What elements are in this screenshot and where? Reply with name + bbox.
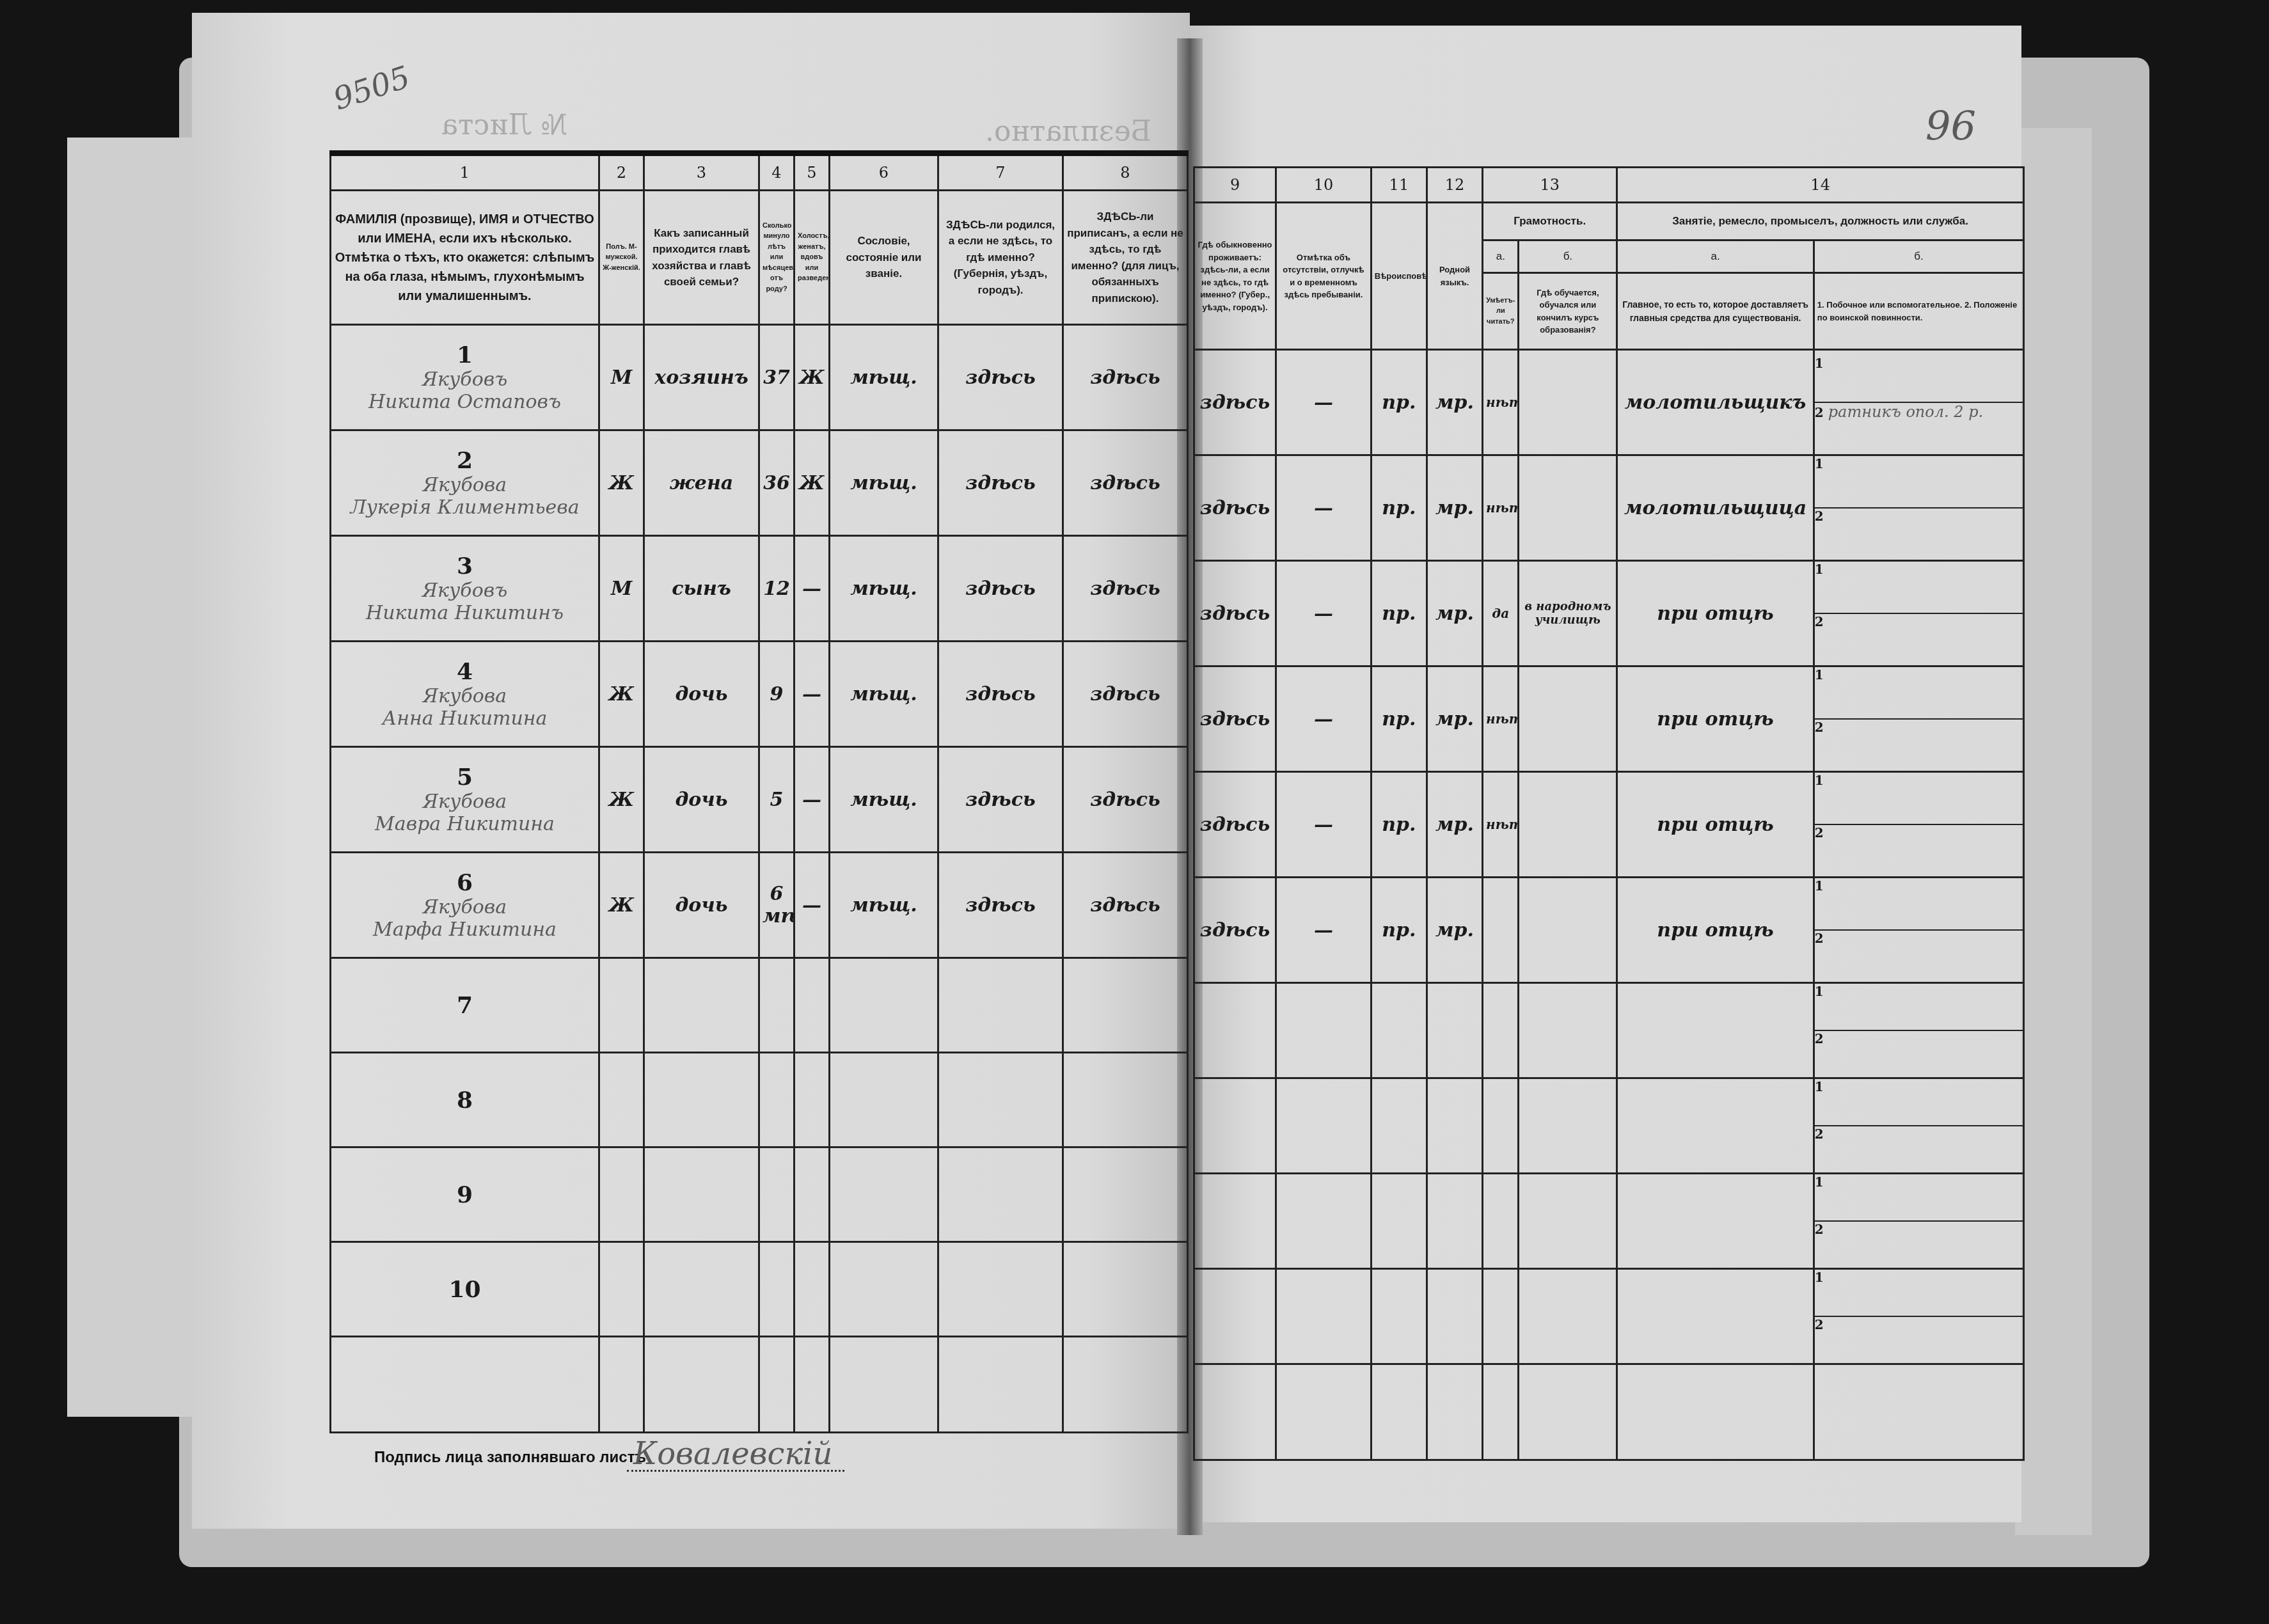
can-read: нѣтъ [1483,772,1519,878]
surname: Якубовъ [334,368,596,391]
table-row: 2ЯкубоваЛукерія Климентьева Ж жена 36 Ж … [331,430,1188,536]
estate: мѣщ. [830,536,938,642]
signature-label: Подпись лица заполнявшаго листъ [374,1449,646,1467]
relation: хозяинъ [644,325,759,430]
table-row-blank [1194,1364,2024,1460]
col-num: 7 [938,154,1063,191]
estate: мѣщ. [830,325,938,430]
registered: здѣсь [1063,430,1188,536]
col-num: 13 [1483,168,1617,203]
education: в народномъ училищѣ [1519,561,1617,666]
row-number: 9 [331,1147,599,1242]
absence: — [1276,666,1372,772]
religion: пр. [1371,561,1427,666]
given-name: Марфа Никитина [334,918,596,941]
col-title-marital: Холостъ, женатъ, вдовъ или разведенъ. [795,191,830,325]
surname: Якубова [334,791,596,813]
residence: здѣсь [1194,772,1276,878]
left-page-edge [67,138,195,1417]
language: мр. [1427,772,1482,878]
age: 36 [759,430,795,536]
table-row-empty: 12 [1194,1174,2024,1269]
table-row-empty: 12 [1194,1078,2024,1174]
born: здѣсь [938,325,1063,430]
can-read: нѣтъ [1483,350,1519,455]
side-occupation-cell: 12 [1814,455,2023,561]
main-occupation: молотильщикъ [1617,350,1814,455]
person-cell: 2ЯкубоваЛукерія Климентьева [331,430,599,536]
sex: Ж [599,642,644,747]
col-title-sex: Полъ. М-мужской. Ж-женскій. [599,191,644,325]
table-row: 4ЯкубоваАнна Никитина Ж дочь 9 — мѣщ. зд… [331,642,1188,747]
col-num: 5 [795,154,830,191]
table-row: здѣсь — пр. мр. нѣтъ молотильщикъ 1 2 ра… [1194,350,2024,455]
side-occupation-cell: 12 [1814,878,2023,983]
sheet-number-label-faint: № Листа [441,109,567,141]
row-number: 8 [331,1053,599,1147]
col-title-occupation: Занятіе, ремесло, промыселъ, должность и… [1617,203,2024,240]
sex: Ж [599,747,644,853]
table-row-empty: 7 [331,958,1188,1053]
col-num: 2 [599,154,644,191]
can-read [1483,878,1519,983]
main-occupation: при отцѣ [1617,561,1814,666]
registered: здѣсь [1063,325,1188,430]
column-title-row: ФАМИЛІЯ (прозвище), ИМЯ и ОТЧЕСТВО или И… [331,191,1188,325]
age: 37 [759,325,795,430]
person-cell: 4ЯкубоваАнна Никитина [331,642,599,747]
main-occupation: при отцѣ [1617,878,1814,983]
col-num: 4 [759,154,795,191]
estate: мѣщ. [830,430,938,536]
table-row-empty: 12 [1194,983,2024,1078]
estate: мѣщ. [830,747,938,853]
side-occupation-cell: 1 2 ратникъ опол. 2 р. [1814,350,2023,455]
right-page-edge [2015,128,2092,1535]
col-num: 8 [1063,154,1188,191]
language: мр. [1427,350,1482,455]
col-num: 6 [830,154,938,191]
table-row-empty: 10 [331,1242,1188,1337]
sub-letter: а. [1483,240,1519,273]
col-title-registered: ЗДѢСЬ-ли приписанъ, а если не здѣсь, то … [1063,191,1188,325]
column-number-row: 9 10 11 12 13 14 [1194,168,2024,203]
relation: дочь [644,747,759,853]
military-status: ратникъ опол. 2 р. [1828,403,1983,421]
column-number-row: 1 2 3 4 5 6 7 8 [331,154,1188,191]
religion: пр. [1371,666,1427,772]
religion: пр. [1371,772,1427,878]
col-title-name: ФАМИЛІЯ (прозвище), ИМЯ и ОТЧЕСТВО или И… [331,191,599,325]
table-row: 6ЯкубоваМарфа Никитина Ж дочь 6 мѣс. — м… [331,853,1188,958]
col-title-can-read: Умѣетъ-ли читать? [1483,273,1519,350]
registered: здѣсь [1063,536,1188,642]
education [1519,350,1617,455]
sex: М [599,536,644,642]
col-title-relation: Какъ записанный приходится главѣ хозяйст… [644,191,759,325]
residence: здѣсь [1194,666,1276,772]
table-row: 1ЯкубовъНикита Остаповъ М хозяинъ 37 Ж м… [331,325,1188,430]
table-row: здѣсь — пр. мр. нѣтъ при отцѣ 12 [1194,772,2024,878]
surname: Якубовъ [334,579,596,602]
row-number: 10 [331,1242,599,1337]
can-read: да [1483,561,1519,666]
born: здѣсь [938,430,1063,536]
sex: Ж [599,853,644,958]
row-number: 7 [331,958,599,1053]
given-name: Никита Никитинъ [334,602,596,624]
person-cell: 3ЯкубовъНикита Никитинъ [331,536,599,642]
person-cell: 5ЯкубоваМавра Никитина [331,747,599,853]
born: здѣсь [938,853,1063,958]
absence: — [1276,455,1372,561]
sub-letter: б. [1519,240,1617,273]
absence: — [1276,561,1372,666]
given-name: Анна Никитина [334,707,596,730]
born: здѣсь [938,536,1063,642]
table-row: здѣсь — пр. мр. при отцѣ 12 [1194,878,2024,983]
col-title-estate: Сословіе, состояніе или званіе. [830,191,938,325]
col-title-absence: Отмѣтка объ отсутствіи, отлучкѣ и о врем… [1276,203,1372,350]
language: мр. [1427,561,1482,666]
col-title-religion: Вѣроисповѣданіе. [1371,203,1427,350]
sex: М [599,325,644,430]
given-name: Лукерія Климентьева [334,496,596,519]
col-title-language: Родной языкъ. [1427,203,1482,350]
col-num: 12 [1427,168,1482,203]
estate: мѣщ. [830,642,938,747]
born: здѣсь [938,642,1063,747]
side-occupation-cell: 12 [1814,666,2023,772]
col-num: 10 [1276,168,1372,203]
page-number: 96 [1925,102,1976,149]
absence: — [1276,772,1372,878]
relation: дочь [644,853,759,958]
sub-letter: б. [1814,240,2023,273]
col-num: 1 [331,154,599,191]
marital: Ж [795,325,830,430]
col-title-born: ЗДѢСЬ-ли родился, а если не здѣсь, то гд… [938,191,1063,325]
col-title-side-occupation: 1. Побочное или вспомогательное. 2. Поло… [1814,273,2023,350]
residence: здѣсь [1194,455,1276,561]
registered: здѣсь [1063,853,1188,958]
census-table-left: 1 2 3 4 5 6 7 8 ФАМИЛІЯ (прозвище), ИМЯ … [329,150,1189,1433]
age: 12 [759,536,795,642]
side-occupation-cell: 12 [1814,561,2023,666]
given-name: Мавра Никитина [334,813,596,835]
main-occupation: при отцѣ [1617,666,1814,772]
marital: — [795,853,830,958]
residence: здѣсь [1194,561,1276,666]
marital: — [795,642,830,747]
education [1519,878,1617,983]
relation: дочь [644,642,759,747]
col-title-main-occupation: Главное, то есть то, которое доставляетъ… [1617,273,1814,350]
census-table-right: 9 10 11 12 13 14 Гдѣ обыкновенно прожива… [1193,166,2025,1461]
religion: пр. [1371,455,1427,561]
marital: Ж [795,430,830,536]
table-row: 5ЯкубоваМавра Никитина Ж дочь 5 — мѣщ. з… [331,747,1188,853]
religion: пр. [1371,350,1427,455]
col-title-age: Сколько минуло лѣтъ или мѣсяцевъ отъ род… [759,191,795,325]
column-group-row: Гдѣ обыкновенно проживаетъ: здѣсь-ли, а … [1194,203,2024,240]
main-occupation: молотильщица [1617,455,1814,561]
surname: Якубова [334,685,596,707]
education [1519,455,1617,561]
marital: — [795,747,830,853]
table-row: здѣсь — пр. мр. нѣтъ молотильщица 12 [1194,455,2024,561]
residence: здѣсь [1194,350,1276,455]
person-cell: 6ЯкубоваМарфа Никитина [331,853,599,958]
side-occupation-cell: 12 [1814,772,2023,878]
table-row: здѣсь — пр. мр. да в народномъ училищѣ п… [1194,561,2024,666]
can-read: нѣтъ [1483,666,1519,772]
marital: — [795,536,830,642]
free-label-faint: Безплатно. [985,115,1151,148]
col-num: 11 [1371,168,1427,203]
table-row-empty: 12 [1194,1269,2024,1364]
can-read: нѣтъ [1483,455,1519,561]
registered: здѣсь [1063,747,1188,853]
signature: Ковалевскій [633,1436,832,1472]
table-row-blank [331,1337,1188,1433]
col-title-education: Гдѣ обучается, обучался или кончилъ курс… [1519,273,1617,350]
estate: мѣщ. [830,853,938,958]
born: здѣсь [938,747,1063,853]
age: 5 [759,747,795,853]
given-name: Никита Остаповъ [334,391,596,413]
education [1519,666,1617,772]
col-title-residence: Гдѣ обыкновенно проживаетъ: здѣсь-ли, а … [1194,203,1276,350]
relation: сынъ [644,536,759,642]
main-occupation: при отцѣ [1617,772,1814,878]
table-row-empty: 8 [331,1053,1188,1147]
col-title-literacy: Грамотность. [1483,203,1617,240]
residence: здѣсь [1194,878,1276,983]
col-num: 3 [644,154,759,191]
religion: пр. [1371,878,1427,983]
table-row: 3ЯкубовъНикита Никитинъ М сынъ 12 — мѣщ.… [331,536,1188,642]
sex: Ж [599,430,644,536]
education [1519,772,1617,878]
absence: — [1276,878,1372,983]
absence: — [1276,350,1372,455]
person-cell: 1ЯкубовъНикита Остаповъ [331,325,599,430]
language: мр. [1427,666,1482,772]
surname: Якубова [334,896,596,918]
relation: жена [644,430,759,536]
language: мр. [1427,878,1482,983]
age: 6 мѣс. [759,853,795,958]
table-row-empty: 9 [331,1147,1188,1242]
language: мр. [1427,455,1482,561]
table-row: здѣсь — пр. мр. нѣтъ при отцѣ 12 [1194,666,2024,772]
sub-letter: а. [1617,240,1814,273]
col-num: 14 [1617,168,2024,203]
age: 9 [759,642,795,747]
col-num: 9 [1194,168,1276,203]
surname: Якубова [334,474,596,496]
registered: здѣсь [1063,642,1188,747]
